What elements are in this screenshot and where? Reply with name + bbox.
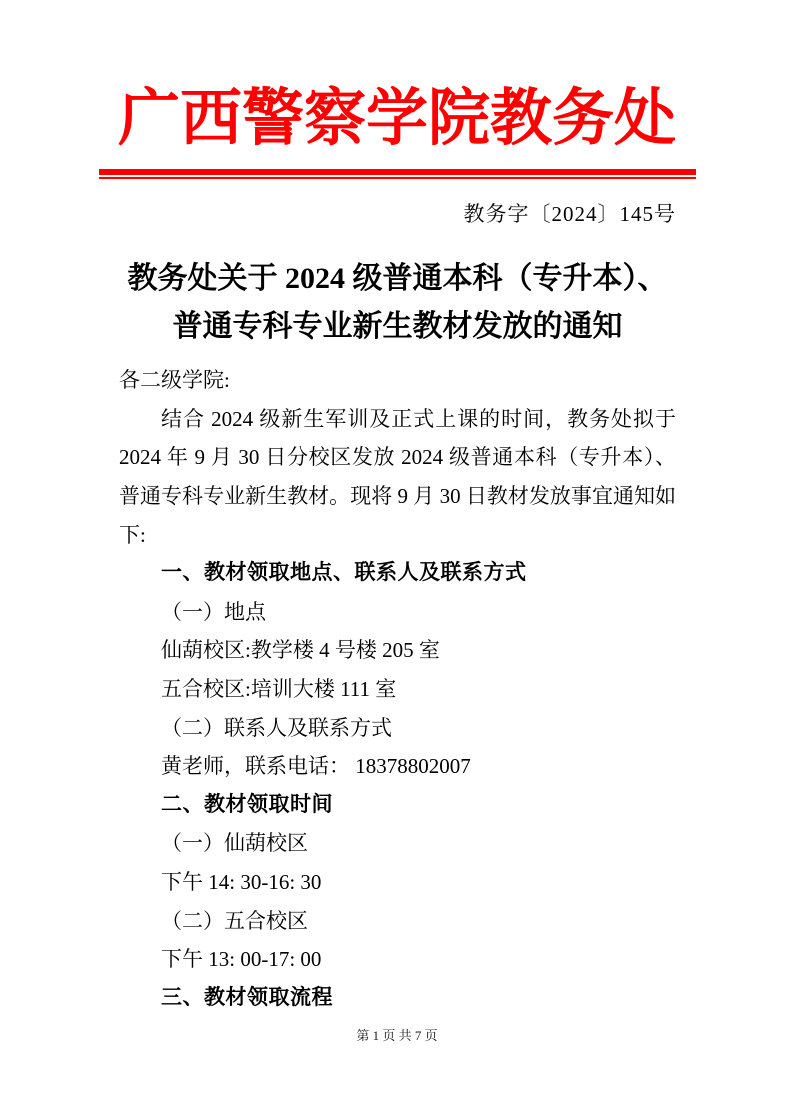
section-heading: 一、教材领取地点、联系人及联系方式 — [119, 554, 676, 593]
document-title: 教务处关于 2024 级普通本科（专升本）、 普通专科专业新生教材发放的通知 — [119, 255, 676, 351]
body-line: （一）地点 — [119, 593, 676, 632]
body-line: 仙葫校区:教学楼 4 号楼 205 室 — [119, 631, 676, 670]
red-divider — [99, 169, 696, 179]
body-line: 下午 13: 00-17: 00 — [119, 940, 676, 979]
document-content: 教务字〔2024〕145号 教务处关于 2024 级普通本科（专升本）、 普通专… — [0, 199, 794, 1017]
page-number-footer: 第 1 页 共 7 页 — [0, 1026, 794, 1046]
document-number: 教务字〔2024〕145号 — [119, 199, 676, 229]
document-title-line-1: 教务处关于 2024 级普通本科（专升本）、 — [119, 255, 676, 303]
document-title-line-2: 普通专科专业新生教材发放的通知 — [119, 303, 676, 351]
intro-paragraph: 结合 2024 级新生军训及正式上课的时间，教务处拟于 2024 年 9 月 3… — [119, 400, 676, 554]
section-heading: 二、教材领取时间 — [119, 786, 676, 825]
red-divider-thick-line — [99, 169, 696, 175]
agency-header-title: 广西警察学院教务处 — [0, 0, 794, 155]
document-page: 广西警察学院教务处 教务字〔2024〕145号 教务处关于 2024 级普通本科… — [0, 0, 794, 1108]
body-line: 下午 14: 30-16: 30 — [119, 863, 676, 902]
document-body: 各二级学院: 结合 2024 级新生军训及正式上课的时间，教务处拟于 2024 … — [119, 361, 676, 1017]
body-line: 黄老师，联系电话： 18378802007 — [119, 747, 676, 786]
body-line: （二）五合校区 — [119, 902, 676, 941]
section-heading: 三、教材领取流程 — [119, 979, 676, 1018]
body-line: （一）仙葫校区 — [119, 824, 676, 863]
body-lines: 一、教材领取地点、联系人及联系方式（一）地点仙葫校区:教学楼 4 号楼 205 … — [119, 554, 676, 1017]
red-divider-thin-line — [99, 177, 696, 179]
body-line: （二）联系人及联系方式 — [119, 709, 676, 748]
body-line: 五合校区:培训大楼 111 室 — [119, 670, 676, 709]
salutation: 各二级学院: — [119, 361, 676, 400]
